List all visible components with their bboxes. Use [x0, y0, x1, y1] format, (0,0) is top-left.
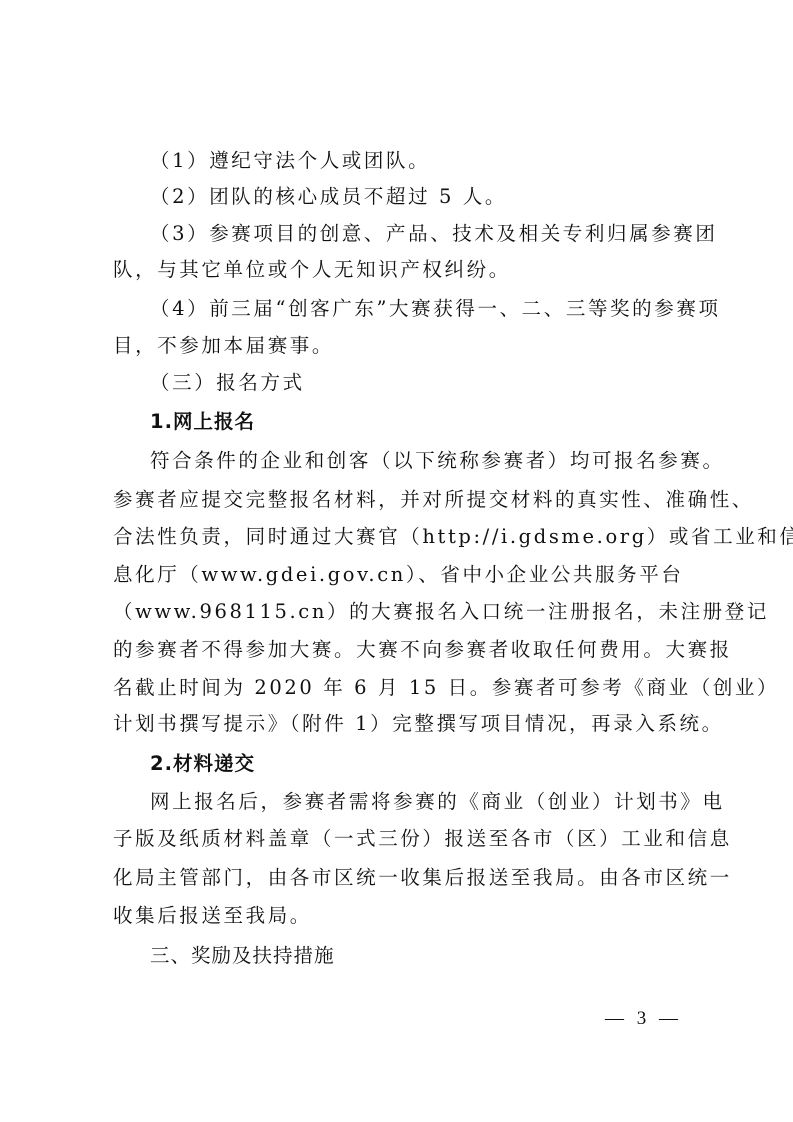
subheading-material-submission: 2.材料递交 — [150, 746, 255, 782]
subheading-online-registration: 1.网上报名 — [150, 404, 255, 440]
paragraph-line: 符合条件的企业和创客（以下统称参赛者）均可报名参赛。 — [150, 443, 725, 479]
criterion-4-line-2: 目，不参加本届赛事。 — [113, 328, 334, 364]
paragraph-line: 收集后报送至我局。 — [113, 898, 312, 934]
section-heading-rewards: 三、奖励及扶持措施 — [150, 938, 335, 974]
criterion-3-line-1: （3）参赛项目的创意、产品、技术及相关专利归属参赛团 — [150, 216, 718, 252]
paragraph-line: 合法性负责，同时通过大赛官（http://i.gdsme.org）或省工业和信 — [113, 519, 793, 555]
paragraph-line: 息化厅（www.gdei.gov.cn）、省中小企业公共服务平台 — [113, 557, 683, 593]
criterion-1: （1）遵纪守法个人或团队。 — [150, 143, 430, 179]
criterion-3-line-2: 队，与其它单位或个人无知识产权纠纷。 — [113, 252, 511, 288]
paragraph-line: （www.968115.cn）的大赛报名入口统一注册报名，未注册登记 — [113, 594, 769, 630]
section-registration-method: （三）报名方式 — [150, 365, 305, 401]
page-number: — 3 — — [605, 1008, 682, 1030]
paragraph-line: 参赛者应提交完整报名材料，并对所提交材料的真实性、准确性、 — [113, 482, 754, 518]
paragraph-line: 化局主管部门，由各市区统一收集后报送至我局。由各市区统一 — [113, 860, 732, 896]
criterion-4-line-1: （4）前三届“创客广东”大赛获得一、二、三等奖的参赛项 — [150, 291, 721, 327]
criterion-2: （2）团队的核心成员不超过 5 人。 — [150, 179, 507, 215]
paragraph-line: 子版及纸质材料盖章（一式三份）报送至各市（区）工业和信息 — [113, 821, 732, 857]
paragraph-line: 计划书撰写提示》（附件 1）完整撰写项目情况，再录入系统。 — [113, 706, 724, 742]
paragraph-line: 名截止时间为 2020 年 6 月 15 日。参赛者可参考《商业（创业） — [113, 670, 779, 706]
paragraph-line: 网上报名后，参赛者需将参赛的《商业（创业）计划书》电 — [150, 784, 725, 820]
paragraph-line: 的参赛者不得参加大赛。大赛不向参赛者收取任何费用。大赛报 — [113, 632, 732, 668]
